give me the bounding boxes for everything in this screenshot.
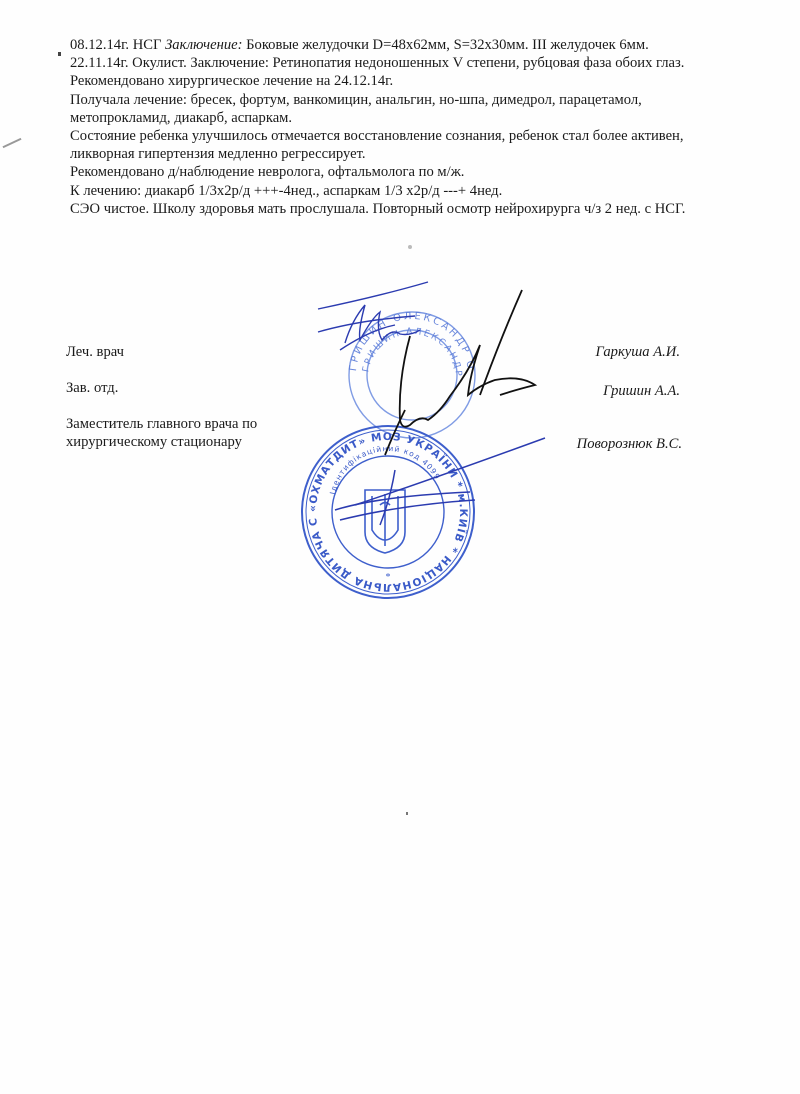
stamps-and-signatures: ГРИШИН ОЛЕКСАНДР ОЛЕКСАНДРОВИЧ ГРИШИН АЛ… xyxy=(0,0,800,1094)
scan-speck xyxy=(406,812,408,815)
scan-speck xyxy=(408,245,412,249)
seal-star-icon: * xyxy=(386,572,391,583)
signature-garkusha xyxy=(318,282,428,350)
scan-speck xyxy=(58,52,61,56)
document-page: 08.12.14г. НСГ Заключение: Боковые желуд… xyxy=(0,0,800,1094)
